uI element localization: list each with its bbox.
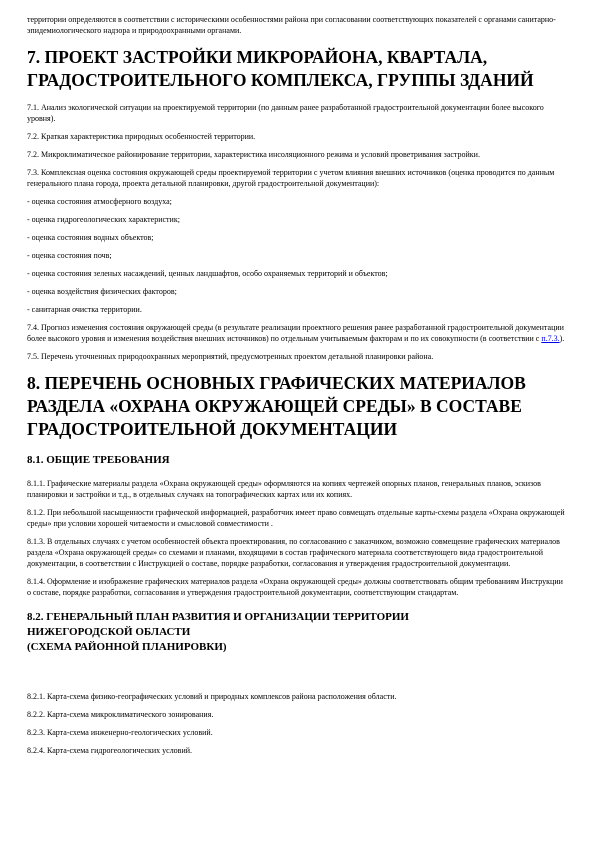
paragraph-7-2-microclimate: 7.2. Микроклиматическое районирование те… (27, 149, 568, 160)
paragraph-7-4-tail: ). (560, 334, 565, 343)
paragraph-7-5: 7.5. Перечень уточненных природоохранных… (27, 351, 568, 362)
paragraph-7-2: 7.2. Краткая характеристика природных ос… (27, 131, 568, 142)
list-item-water-objects: - оценка состояния водных объектов; (27, 232, 568, 243)
paragraph-8-2-1: 8.2.1. Карта-схема физико-географических… (27, 691, 568, 702)
paragraph-8-2-4: 8.2.4. Карта-схема гидрогеологических ус… (27, 745, 568, 756)
link-clause-7-3[interactable]: п.7.3. (541, 334, 559, 343)
list-item-hydrogeology: - оценка гидрогеологических характеристи… (27, 214, 568, 225)
paragraph-7-3: 7.3. Комплексная оценка состояния окружа… (27, 167, 568, 189)
paragraph-8-1-3: 8.1.3. В отдельных случаях с учетом особ… (27, 536, 568, 569)
list-item-air: - оценка состояния атмосферного воздуха; (27, 196, 568, 207)
list-item-green-areas: - оценка состояния зеленых насаждений, ц… (27, 268, 568, 279)
intro-paragraph-fragment: территории определяются в соответствии с… (27, 14, 568, 36)
section-8-2-heading-line1: 8.2. ГЕНЕРАЛЬНЫЙ ПЛАН РАЗВИТИЯ И ОРГАНИЗ… (27, 610, 568, 625)
paragraph-8-2-3: 8.2.3. Карта-схема инженерно-геологическ… (27, 727, 568, 738)
section-8-2-heading: 8.2. ГЕНЕРАЛЬНЫЙ ПЛАН РАЗВИТИЯ И ОРГАНИЗ… (27, 610, 568, 655)
list-item-physical-factors: - оценка воздействия физических факторов… (27, 286, 568, 297)
paragraph-7-1: 7.1. Анализ экологической ситуации на пр… (27, 102, 568, 124)
document-page: территории определяются в соответствии с… (0, 0, 595, 842)
section-8-heading: 8. ПЕРЕЧЕНЬ ОСНОВНЫХ ГРАФИЧЕСКИХ МАТЕРИА… (27, 372, 568, 441)
paragraph-8-2-2: 8.2.2. Карта-схема микроклиматического з… (27, 709, 568, 720)
section-7-heading: 7. ПРОЕКТ ЗАСТРОЙКИ МИКРОРАЙОНА, КВАРТАЛ… (27, 46, 568, 92)
list-item-soils: - оценка состояния почв; (27, 250, 568, 261)
section-8-2-heading-line2: НИЖЕГОРОДСКОЙ ОБЛАСТИ (27, 625, 568, 640)
list-item-sanitary-cleaning: - санитарная очистка территории. (27, 304, 568, 315)
paragraph-7-4: 7.4. Прогноз изменения состояния окружаю… (27, 322, 568, 344)
paragraph-8-1-4: 8.1.4. Оформление и изображение графичес… (27, 576, 568, 598)
paragraph-8-1-1: 8.1.1. Графические материалы раздела «Ох… (27, 478, 568, 500)
section-8-2-heading-line3: (СХЕМА РАЙОННОЙ ПЛАНИРОВКИ) (27, 640, 568, 655)
paragraph-8-1-2: 8.1.2. При небольшой насыщенности графич… (27, 507, 568, 529)
spacer (27, 665, 568, 691)
section-8-1-heading: 8.1. ОБЩИЕ ТРЕБОВАНИЯ (27, 453, 568, 468)
paragraph-7-4-text: 7.4. Прогноз изменения состояния окружаю… (27, 323, 564, 343)
